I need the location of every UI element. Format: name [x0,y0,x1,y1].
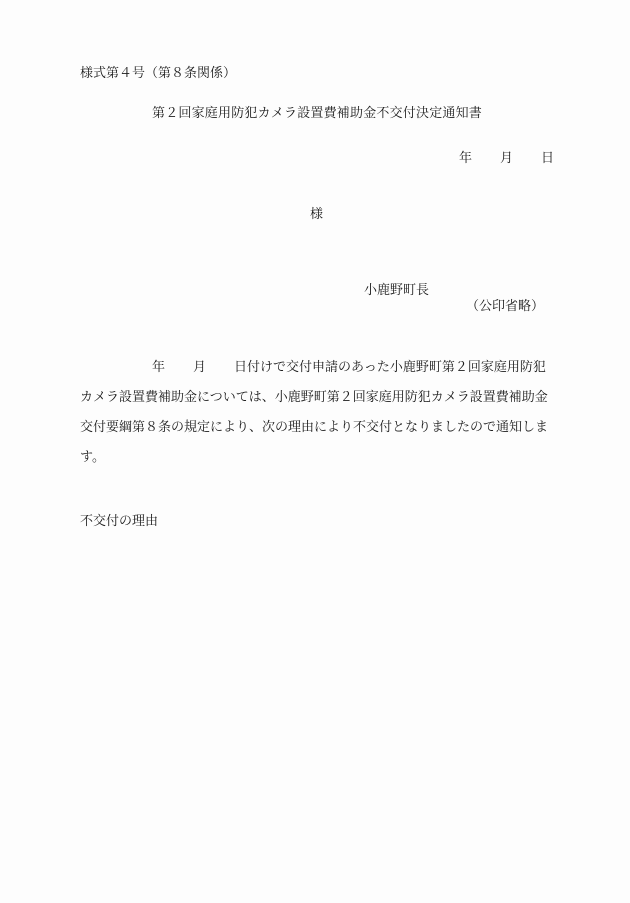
body-line-3: 交付要綱第８条の規定により、次の理由により不交付となりましたので通知しま [80,420,575,450]
date-month-label: 月 [500,151,513,167]
seal-note: （公印省略） [466,299,544,315]
issue-date: 年月日 [459,151,554,167]
body-line-4: す。 [80,450,575,480]
addressee-suffix: 様 [310,207,323,223]
document-title: 第２回家庭用防犯カメラ設置費補助金不交付決定通知書 [152,106,482,122]
body-year-label: 年 [152,360,165,375]
body-month-label: 月 [193,360,206,375]
form-number: 様式第４号（第８条関係） [80,66,236,82]
body-line-1-text: 日付けで交付申請のあった小鹿野町第２回家庭用防犯 [234,360,546,375]
body-line-2: カメラ設置費補助金については、小鹿野町第２回家庭用防犯カメラ設置費補助金 [80,390,575,420]
date-year-label: 年 [459,151,472,167]
reason-label: 不交付の理由 [80,514,158,530]
date-day-label: 日 [541,151,554,167]
sender-name: 小鹿野町長 [364,283,429,299]
body-line-1: 年月日付けで交付申請のあった小鹿野町第２回家庭用防犯 [80,360,575,390]
body-text: 年月日付けで交付申請のあった小鹿野町第２回家庭用防犯 カメラ設置費補助金について… [80,360,575,480]
